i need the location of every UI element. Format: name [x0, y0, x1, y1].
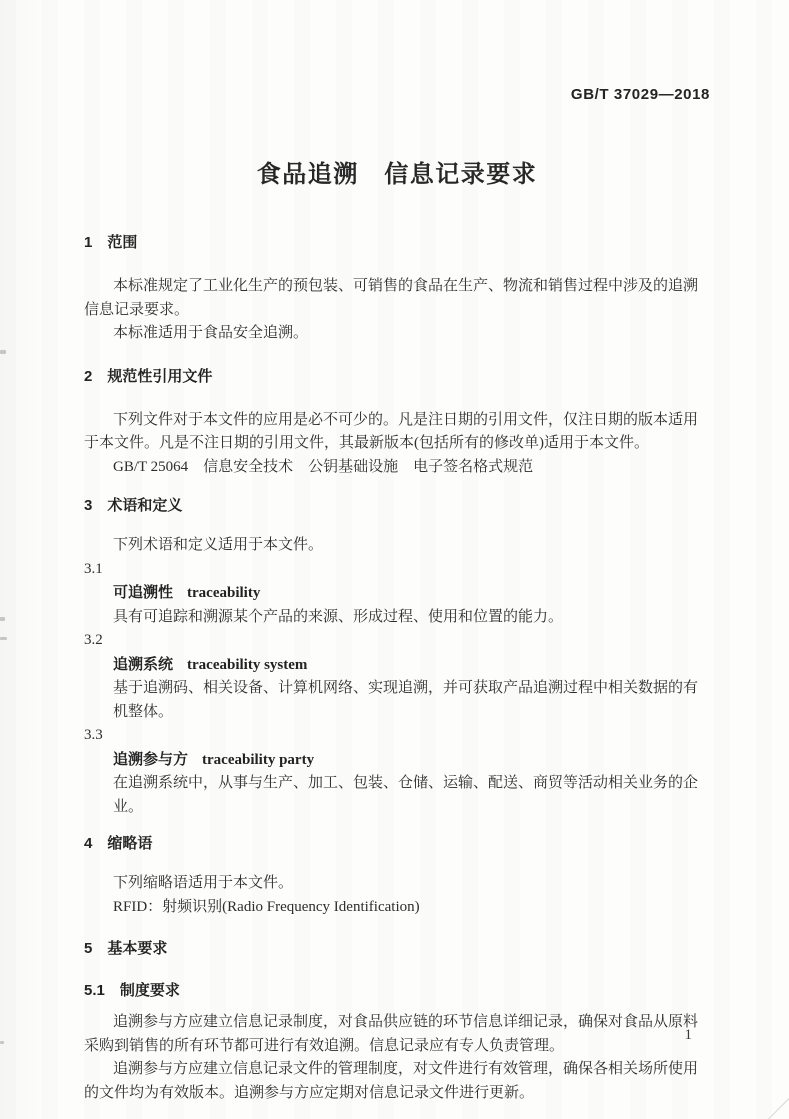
term-entry: 可追溯性traceability	[113, 581, 710, 606]
terms-intro: 下列术语和定义适用于本文件。	[84, 534, 710, 558]
scope-paragraph: 本标准规定了工业化生产的预包装、可销售的食品在生产、物流和销售过程中涉及的追溯信…	[84, 275, 710, 322]
section-2-normative-references-heading: 2 规范性引用文件	[84, 367, 710, 386]
term-name-zh: 可追溯性	[113, 584, 173, 601]
section-1-scope-heading: 1 范围	[84, 233, 710, 252]
abbreviation-item: RFID：射频识别(Radio Frequency Identification…	[84, 896, 710, 920]
requirements-paragraph: 追溯参与方应建立信息记录制度，对食品供应链的环节信息详细记录，确保对食品从原料采…	[84, 1011, 710, 1058]
term-name-zh: 追溯参与方	[113, 751, 188, 768]
term-name-en: traceability	[187, 585, 260, 601]
abbreviations-intro: 下列缩略语适用于本文件。	[84, 872, 710, 896]
term-entry: 追溯参与方traceability party	[113, 748, 710, 773]
page-corner-crease	[762, 1091, 789, 1119]
section-3-terms-heading: 3 术语和定义	[84, 496, 710, 515]
term-number: 3.2	[84, 629, 710, 653]
document-title: 食品追溯 信息记录要求	[84, 159, 710, 191]
term-name-zh: 追溯系统	[113, 656, 173, 673]
scan-edge-mark	[0, 350, 6, 354]
scan-edge-mark	[0, 637, 7, 640]
term-definition: 在追溯系统中，从事与生产、加工、包装、仓储、运输、配送、商贸等活动相关业务的企业…	[113, 772, 710, 819]
section-4-abbreviations-heading: 4 缩略语	[84, 834, 710, 853]
scanned-standard-page: GB/T 37029—2018 食品追溯 信息记录要求 1 范围 本标准规定了工…	[0, 0, 789, 1119]
term-number: 3.3	[84, 724, 710, 748]
term-definition: 基于追溯码、相关设备、计算机网络、实现追溯，并可获取产品追溯过程中相关数据的有机…	[113, 677, 710, 724]
requirements-paragraph: 追溯参与方应建立信息记录文件的管理制度，对文件进行有效管理，确保各相关场所使用的…	[84, 1058, 710, 1105]
section-5-basic-requirements-heading: 5 基本要求	[84, 939, 710, 958]
term-entry: 追溯系统traceability system	[113, 653, 710, 678]
normative-references-paragraph: 下列文件对于本文件的应用是必不可少的。凡是注日期的引用文件，仅注日期的版本适用于…	[84, 409, 710, 456]
scope-paragraph: 本标准适用于食品安全追溯。	[84, 322, 710, 346]
normative-reference-item: GB/T 25064 信息安全技术 公钥基础设施 电子签名格式规范	[84, 456, 710, 480]
scan-edge-mark	[0, 1041, 4, 1044]
standard-code: GB/T 37029—2018	[84, 86, 710, 103]
term-name-en: traceability system	[187, 657, 307, 673]
page-number: 1	[685, 1026, 693, 1044]
term-number: 3.1	[84, 558, 710, 582]
subsection-5-1-heading: 5.1 制度要求	[84, 981, 710, 1000]
term-name-en: traceability party	[202, 752, 314, 768]
term-definition: 具有可追踪和溯源某个产品的来源、形成过程、使用和位置的能力。	[113, 606, 710, 630]
scan-edge-mark	[0, 617, 5, 621]
